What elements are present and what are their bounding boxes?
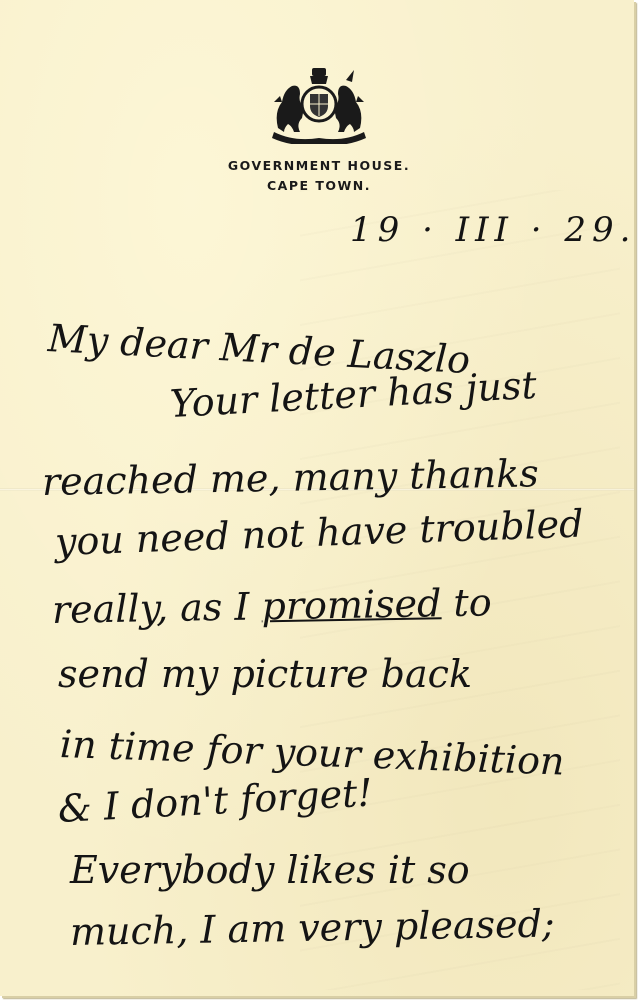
underlined-word: promised <box>261 581 442 628</box>
body-line: reached me, many thanks <box>42 451 539 504</box>
body-text: really, as I <box>52 585 250 632</box>
body-line-with-emphasis: really, as I promised to <box>52 580 492 632</box>
letterhead-line-2: CAPE TOWN. <box>0 178 638 193</box>
letter-page: GOVERNMENT HOUSE. CAPE TOWN. 19 · III · … <box>0 0 634 996</box>
body-text: to <box>453 580 492 625</box>
letter-date: 19 · III · 29. <box>350 210 636 250</box>
letterhead-line-1: GOVERNMENT HOUSE. <box>0 158 638 173</box>
body-line: Everybody likes it so <box>70 848 470 892</box>
body-line: much, I am very pleased; <box>70 902 555 954</box>
royal-coat-of-arms-icon <box>268 66 370 144</box>
body-line: send my picture back <box>58 652 472 696</box>
